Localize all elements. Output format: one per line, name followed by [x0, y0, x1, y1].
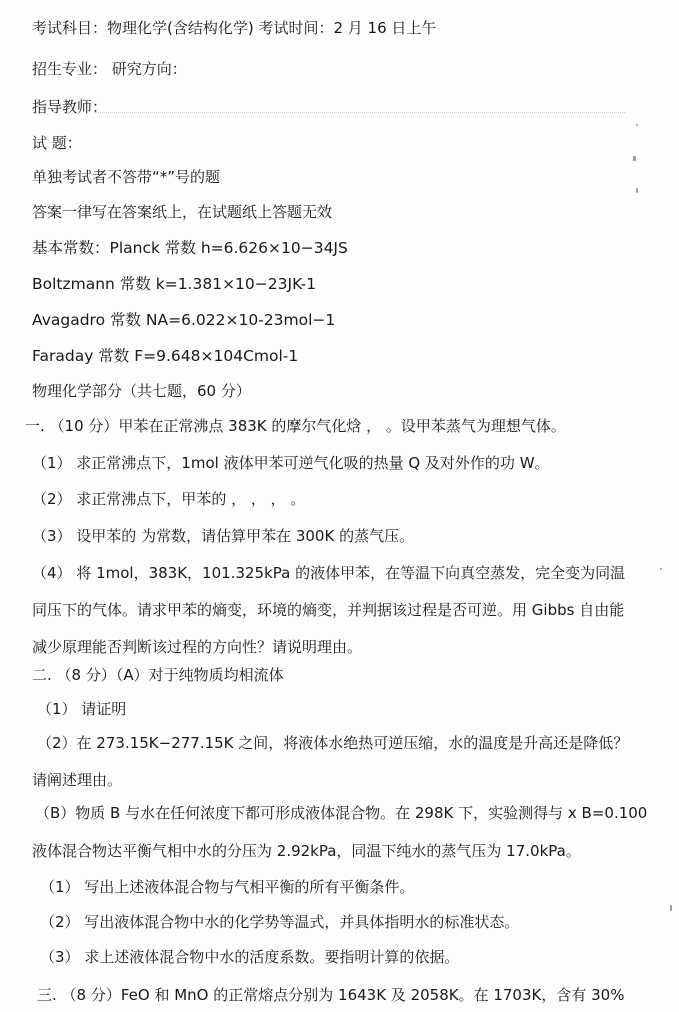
scan-speck [636, 188, 638, 193]
section-title: 物理化学部分（共七题，60 分） [32, 381, 251, 401]
question-2-stem: 二. （8 分）（A）对于纯物质均相流体 [32, 665, 284, 685]
question-2b-part-1: （1） 写出上述液体混合物与气相平衡的所有平衡条件。 [40, 877, 414, 897]
question-1-part-4-line-2: 同压下的气体。请求甲苯的熵变，环境的熵变，并判据该过程是否可逆。用 Gibbs … [32, 600, 624, 620]
exam-subject-line: 考试科目：物理化学(含结构化学) 考试时间：2 月 16 日上午 [32, 18, 436, 38]
question-2b-stem-line-1: （B）物质 B 与水在任何浓度下都可形成液体混合物。在 298K 下，实验测得与… [35, 803, 647, 823]
constant-planck: 基本常数：Planck 常数 h=6.626×10−34JS [32, 238, 348, 258]
instructions-title: 试 题： [32, 133, 82, 153]
advisor-dotted-rule [95, 112, 625, 113]
question-1-stem: 一. （10 分）甲苯在正常沸点 383K 的摩尔气化焓 ， 。设甲苯蒸气为理想… [25, 416, 566, 436]
scan-speck [670, 905, 672, 911]
question-2b-part-2: （2） 写出液体混合物中水的化学势等温式，并具体指明水的标准状态。 [40, 912, 519, 932]
question-1-part-3: （3） 设甲苯的 为常数，请估算甲苯在 300K 的蒸气压。 [32, 526, 414, 546]
advisor-line: 指导教师： [32, 97, 107, 117]
question-2a-part-1: （1） 请证明 [37, 699, 126, 719]
scan-speck [660, 568, 662, 570]
constant-avogadro: Avagadro 常数 NA=6.022×10-23mol−1 [32, 310, 335, 330]
instruction-note-1: 单独考试者不答带“*”号的题 [32, 167, 220, 187]
question-3-stem: 三. （8 分）FeO 和 MnO 的正常熔点分别为 1643K 及 2058K… [37, 985, 624, 1005]
question-1-part-1: （1） 求正常沸点下，1mol 液体甲苯可逆气化吸的热量 Q 及对外作的功 W。 [32, 453, 550, 473]
scan-speck [636, 124, 638, 126]
question-2a-part-2-cont: 请阐述理由。 [32, 770, 122, 790]
constant-faraday: Faraday 常数 F=9.648×104Cmol-1 [32, 346, 298, 366]
question-1-part-4-line-1: （4） 将 1mol，383K，101.325kPa 的液体甲苯，在等温下向真空… [32, 563, 625, 583]
question-2b-part-3: （3） 求上述液体混合物中水的活度系数。要指明计算的依据。 [40, 947, 459, 967]
question-2a-part-2: （2）在 273.15K−277.15K 之间，将液体水绝热可逆压缩，水的温度是… [37, 733, 628, 753]
major-line: 招生专业： 研究方向： [32, 59, 187, 79]
constant-boltzmann: Boltzmann 常数 k=1.381×10−23JK-1 [32, 274, 316, 294]
question-1-part-4-line-3: 减少原理能否判断该过程的方向性？请说明理由。 [32, 637, 362, 657]
scan-speck [633, 156, 636, 161]
instruction-note-2: 答案一律写在答案纸上，在试题纸上答题无效 [32, 202, 332, 222]
question-2b-stem-line-2: 液体混合物达平衡气相中水的分压为 2.92kPa，同温下纯水的蒸气压为 17.0… [32, 841, 581, 861]
question-1-part-2: （2） 求正常沸点下，甲苯的 ， ， ， 。 [32, 489, 305, 509]
